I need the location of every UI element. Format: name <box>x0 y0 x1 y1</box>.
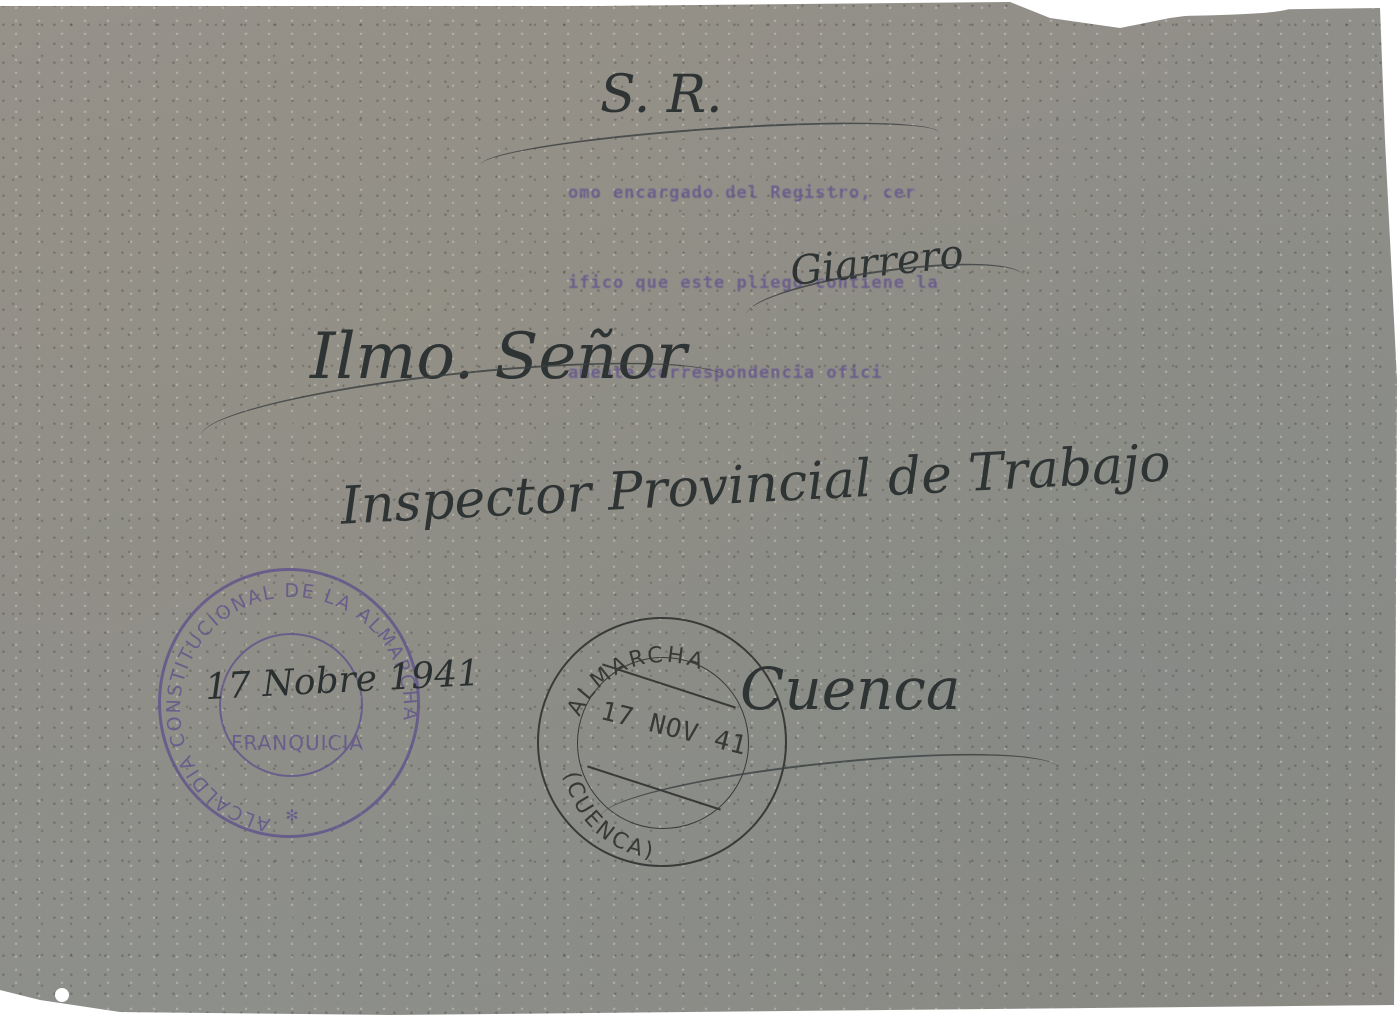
torn-flap <box>1030 0 1290 16</box>
header-mark: S. R. <box>600 65 723 125</box>
svg-text:✻: ✻ <box>285 806 298 825</box>
destination-city: Cuenca <box>740 655 960 723</box>
seal-center-text: FRANQUICIA <box>231 731 356 755</box>
paper-hole <box>55 988 69 1002</box>
registry-stamp-line: omo encargado del Registro, cer <box>568 178 1028 208</box>
